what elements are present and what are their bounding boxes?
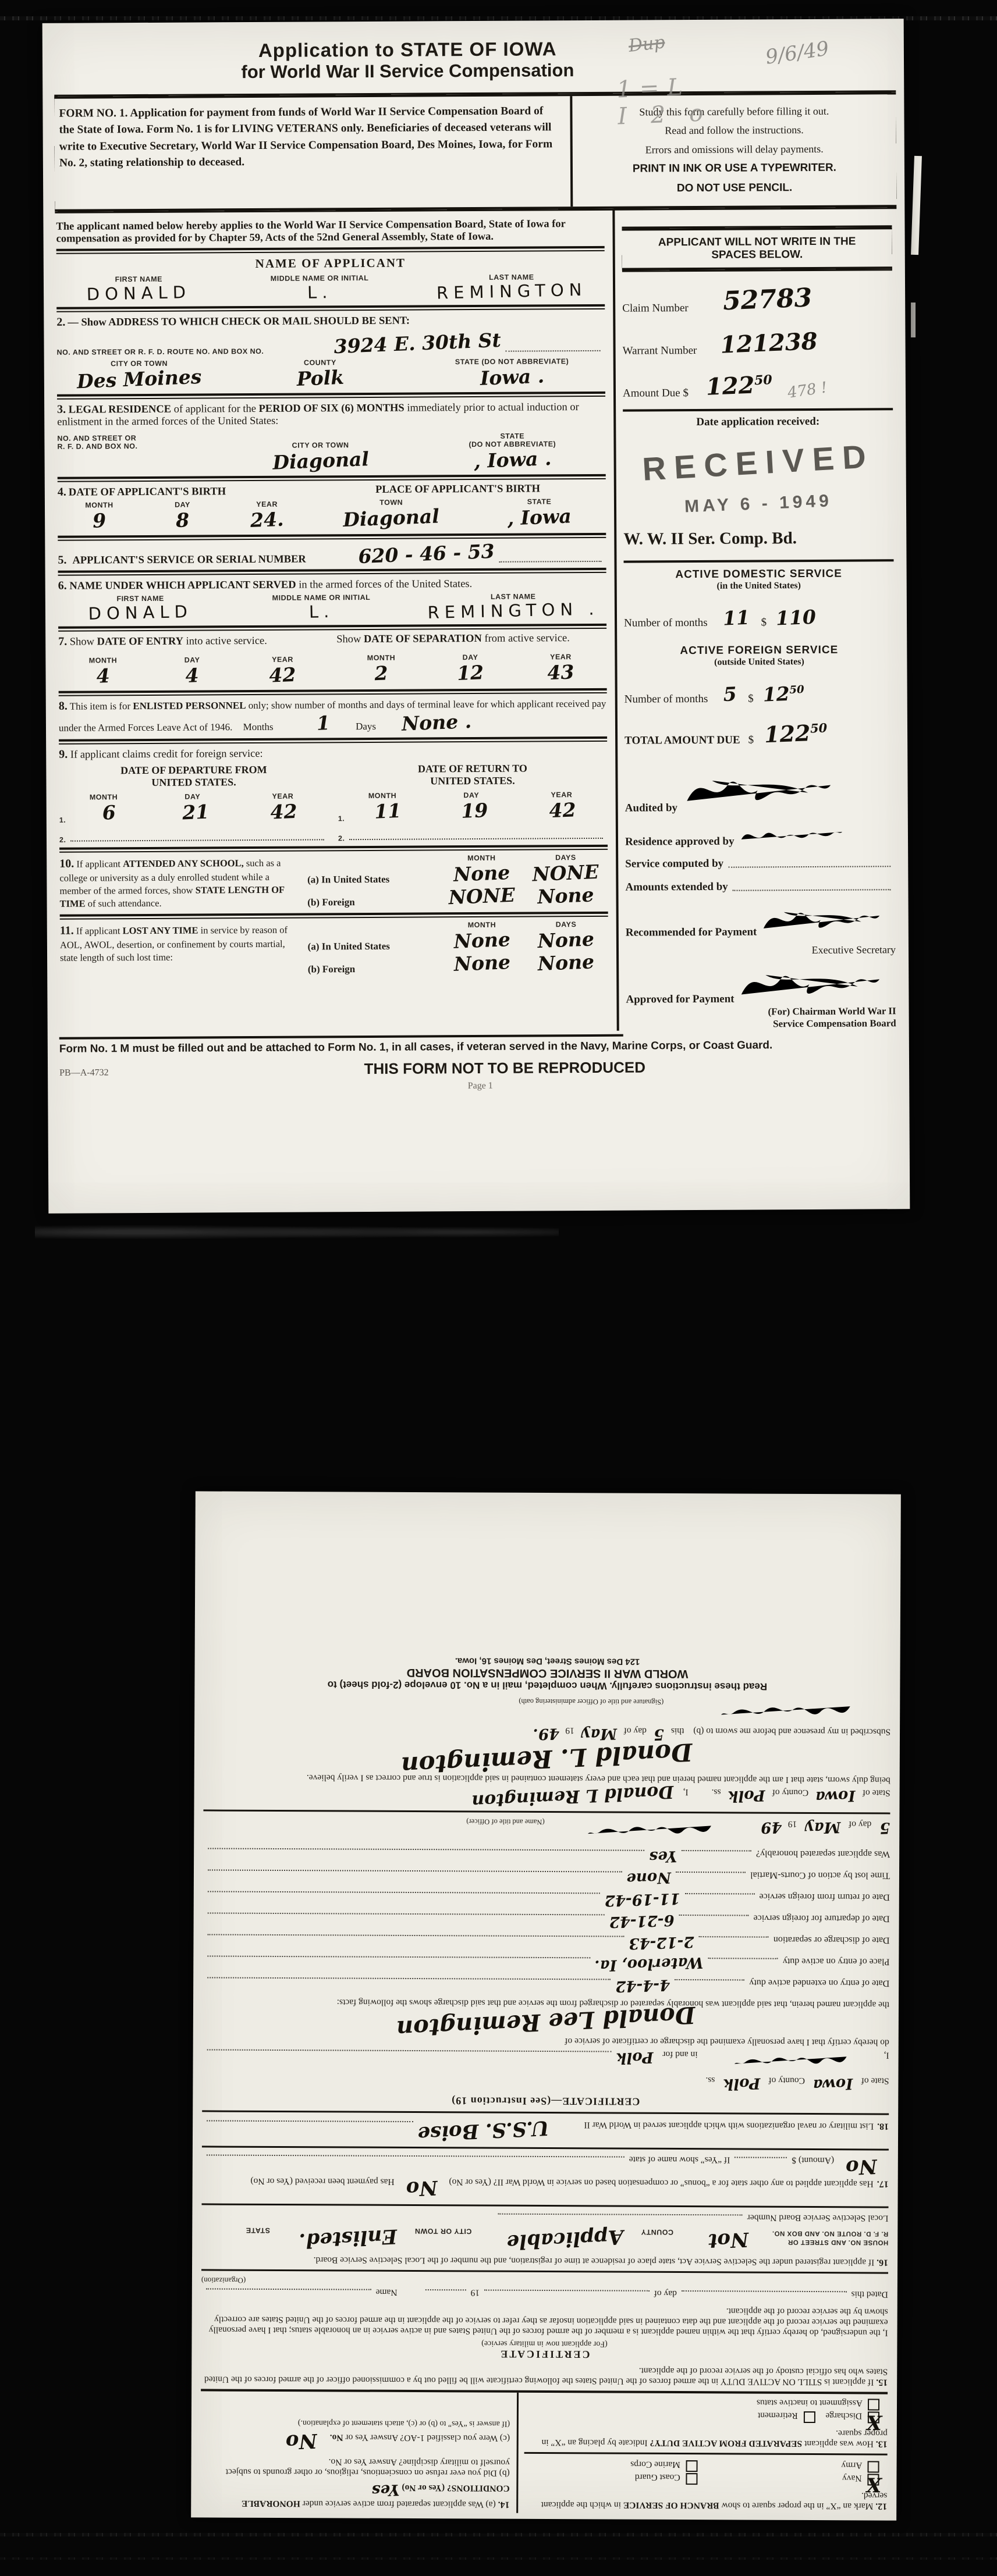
received-stamp: RECEIVED — [622, 436, 894, 489]
board-number-label: Local Selective Service Board Number — [747, 2212, 889, 2223]
item-10-text-1: If applicant — [76, 858, 120, 869]
pencil-scribble-dup: Dup — [627, 32, 666, 56]
domestic-dollar-sign: $ — [761, 616, 767, 629]
army-label: Army — [841, 2460, 862, 2470]
item-12-text-1: Mark an “X” in the proper square to show — [721, 2500, 873, 2511]
c19-officer-signature-2 — [554, 1817, 746, 1844]
fact-discharge-date: Date of discharge or separation 2-12-43 — [203, 1931, 889, 1952]
ret-day-value: 19 — [431, 798, 518, 824]
dep-row-2: 2. — [59, 835, 66, 844]
item-12-bold-2: SERVICE — [623, 2500, 663, 2510]
item-7-entry-separation: 7. Show DATE OF ENTRY into active servic… — [58, 632, 606, 687]
recommended-label: Recommended for Payment — [626, 926, 757, 939]
retirement-checkbox — [804, 2411, 815, 2423]
item-14c-answer: No — [285, 2429, 318, 2454]
domestic-amount-value: 110 — [775, 605, 816, 629]
discharge-label: Discharge — [825, 2411, 862, 2421]
item-4-birth: 4. DATE OF APPLICANT'S BIRTH MONTH DAY Y… — [58, 482, 606, 532]
item-2-address: 2. — Show ADDRESS TO WHICH CHECK OR MAIL… — [56, 312, 605, 390]
item-5-number: 5. — [58, 553, 66, 567]
state-value: Iowa . — [418, 362, 606, 392]
c19-year-value: 49 — [761, 1818, 782, 1836]
serial-number-value: 620 - 46 - 53 — [358, 539, 495, 567]
birth-town-value: Diagonal — [310, 503, 473, 532]
item-17-state-label: If “Yes” show name of state — [629, 2154, 730, 2165]
item-2-number: 2. — [56, 315, 65, 328]
foreign-months-row: Number of months 5 $ 1250 — [625, 682, 895, 706]
ss-value-enlisted: Enlisted. — [299, 2225, 398, 2253]
items-12-14-row: 12. Mark an “X” in the proper square to … — [200, 2389, 888, 2514]
entry-lead-1: Show — [70, 636, 94, 647]
approved-label: Approved for Payment — [626, 992, 734, 1006]
dep-month-value: 6 — [65, 799, 152, 826]
lost-foreign-month: None — [439, 950, 524, 976]
house-street-label: HOUSE NO. AND STREET ORR. F. D. ROUTE NO… — [772, 2229, 888, 2247]
item-16-selective-service: 16. If applicant registered under the Se… — [201, 2209, 888, 2267]
served-middle-value: L. — [222, 599, 420, 624]
lost-foreign-days: None — [524, 949, 609, 976]
applicant-will-not-write-box: APPLICANT WILL NOT WRITE IN THE SPACES B… — [622, 227, 892, 270]
intro-paragraph: The applicant named below hereby applies… — [56, 218, 604, 245]
sep-year-value: 43 — [515, 659, 607, 685]
item-18-number: 18. — [877, 2120, 889, 2131]
c19-county-label: County of — [768, 2075, 805, 2086]
page-number: Page 1 — [59, 1079, 901, 1094]
scan-edge-sliver-2 — [911, 303, 916, 337]
item-16-lead: If applicant registered under the Select… — [314, 2255, 875, 2267]
served-last-value: REMINGTON . — [420, 599, 606, 622]
item-8-number: 8. — [59, 699, 68, 712]
fact-time-lost: Time lost by action of Courts-Martial No… — [203, 1867, 890, 1887]
item-11-text-1: If applicant — [76, 925, 120, 936]
form-number-box: FORM NO. 1. Application for payment from… — [54, 96, 573, 209]
claim-number-value: 52783 — [723, 283, 813, 316]
item-13-separation: 13. How was applicant SEPARATED FROM ACT… — [524, 2396, 888, 2449]
birth-state-value: , Iowa — [472, 503, 606, 531]
foreign-service-subheading: (outside United States) — [624, 656, 894, 668]
first-name-value: DONALD — [56, 281, 221, 304]
scan-noise-band-bottom2 — [0, 2557, 997, 2560]
item-6-mid-2: States. — [443, 578, 472, 590]
chairman-caption: (For) Chairman World War IIService Compe… — [626, 1005, 896, 1031]
item-1-heading: NAME OF APPLICANT — [56, 254, 605, 272]
certificate-19-heading: CERTIFICATE—(See Instruction 19) — [202, 2093, 889, 2108]
form-number-label: FORM NO. 1. — [59, 107, 127, 120]
page-title: Application to STATE OF IOWA — [105, 37, 711, 62]
domestic-months-row: Number of months 11 $ 110 — [624, 606, 894, 629]
foreign-amount-value: 1250 — [762, 681, 805, 706]
item-14a-answer: Yes — [372, 2481, 400, 2499]
oath-county-label: County of — [772, 1787, 809, 1798]
oath-officer-signature — [681, 1698, 890, 1725]
c19-county-value: Polk — [723, 2074, 761, 2093]
street-value: 3924 E. 30th St — [333, 328, 502, 357]
wnw-line-1: APPLICANT WILL NOT WRITE IN THE — [623, 235, 891, 249]
ss-value-applicable: Applicable — [506, 2225, 624, 2254]
sep-lead-2: from active service. — [484, 632, 569, 645]
birth-year-value: 24. — [223, 506, 310, 532]
oath-subscribed-text: Subscribed in my presence and before me … — [693, 1725, 890, 1737]
school-us-month: None — [439, 860, 524, 887]
study-line-3: Errors and omissions will delay payments… — [581, 139, 888, 159]
applicant-items-column: The applicant named below hereby applies… — [55, 208, 616, 1033]
service-computed-row: Service computed by — [625, 856, 895, 870]
county-value: Polk — [221, 362, 419, 393]
dep-day-value: 21 — [152, 799, 239, 825]
oath-this: this — [671, 1725, 684, 1736]
fact-return-date-value: 11-19-42 — [604, 1890, 680, 1909]
item-13-bold: SEPARATED FROM ACTIVE DUTY? — [650, 2438, 802, 2449]
oath-state-value: Iowa — [815, 1787, 856, 1805]
total-amount-row: TOTAL AMOUNT DUE $ 12250 — [625, 720, 895, 747]
school-us-days: NONE — [523, 860, 608, 886]
wnw-line-2: SPACES BELOW. — [623, 248, 891, 262]
days-label: Days — [356, 720, 376, 731]
scan-noise-band-bottom1 — [0, 2533, 997, 2536]
fact-departure-date: Date of departure for foreign service 6-… — [203, 1910, 890, 1930]
total-amount-value: 12250 — [764, 719, 828, 748]
item-8-terminal-leave: 8. This item is for ENLISTED PERSONNEL o… — [59, 696, 607, 735]
domestic-service-subheading: (in the United States) — [624, 580, 894, 592]
lost-us-label: (a) In United States — [308, 940, 440, 952]
item-17-q1: Has applicant applied to any other state… — [449, 2176, 873, 2189]
c19-officer-signature-scribble — [703, 2049, 878, 2073]
total-dollar-sign: $ — [748, 734, 754, 746]
domestic-service-heading: ACTIVE DOMESTIC SERVICE — [624, 567, 894, 581]
sep-lead-bold: DATE OF SEPARATION — [364, 632, 482, 645]
oath-day-value: 5 — [653, 1725, 664, 1744]
item-3-bold-1: LEGAL RESIDENCE — [69, 403, 171, 415]
item-9-lead: If applicant claims credit for foreign s… — [70, 748, 263, 760]
served-first-value: DONALD — [58, 600, 223, 624]
form-box-text-living-veterans: LIVING VETERANS — [232, 122, 338, 135]
c19-state-value: Iowa — [812, 2075, 853, 2093]
amount-due-label: Amount Due $ — [623, 387, 689, 400]
foreign-months-label: Number of months — [625, 692, 708, 706]
foreign-dollar-sign: $ — [748, 692, 754, 705]
form-print-code: PB—A-4732 — [59, 1068, 109, 1078]
army-checkbox — [868, 2461, 879, 2472]
item-5-serial-number: 5. APPLICANT'S SERVICE OR SERIAL NUMBER … — [58, 541, 606, 567]
ret-row-2: 2. — [338, 834, 345, 842]
item-8-bold: ENLISTED PERSONNEL — [133, 700, 246, 711]
c19-month-value: May — [805, 1818, 841, 1837]
fact-honorable-value: Yes — [649, 1847, 677, 1865]
item-14c-no: No. — [330, 2432, 343, 2442]
item-17-other-state-bonus: 17. Has applicant applied to any other s… — [202, 2152, 889, 2201]
warrant-number-value: 121238 — [719, 328, 818, 359]
entry-lead-bold: DATE OF ENTRY — [97, 635, 183, 647]
item-17-answer-2: No — [845, 2154, 878, 2179]
item-13-number: 13. — [876, 2439, 888, 2449]
service-computed-label: Service computed by — [625, 857, 723, 870]
residence-approved-row: Residence approved by — [625, 821, 895, 848]
audited-by-row: Audited by — [625, 761, 895, 814]
oath-month-value: May — [581, 1724, 617, 1743]
amounts-extended-label: Amounts extended by — [625, 880, 728, 894]
item-1-name-of-applicant: NAME OF APPLICANT FIRST NAME MIDDLE NAME… — [56, 254, 605, 303]
item-7-number: 7. — [58, 635, 67, 647]
item-15-active-duty-cert: 15. If applicant is STILL ON ACTIVE DUTY… — [201, 2275, 888, 2387]
item-17-answer-1: No — [406, 2176, 438, 2201]
oath-ss: ss. — [712, 1787, 721, 1797]
item-11-lost-time: 11. If applicant LOST ANY TIME in servic… — [60, 920, 608, 976]
item-6-number: 6. — [58, 579, 67, 592]
entry-lead-2: into active service. — [186, 635, 267, 647]
ret-row-1: 1. — [338, 814, 345, 823]
item-14b-text: (b) Did you ever refuse on conscientious… — [200, 2456, 509, 2478]
return-heading: DATE OF RETURN TOUNITED STATES. — [338, 762, 607, 788]
scan-background: Application to STATE OF IOWA for World W… — [0, 0, 997, 2576]
scan-noise-blotch-mid — [35, 1219, 559, 1246]
fact-entry-date-value: 4-4-42 — [615, 1976, 670, 1995]
total-amount-label: TOTAL AMOUNT DUE — [625, 734, 740, 747]
school-us-label: (a) In United States — [307, 873, 439, 885]
item-12-number: 12. — [875, 2501, 887, 2511]
residence-street-label: NO. AND STREET ORR. F. D. AND BOX NO. — [57, 433, 222, 450]
oath-day-of: day of — [624, 1725, 647, 1736]
sep-lead-1: Show — [336, 634, 361, 645]
coast-guard-label: Coast Guard — [635, 2472, 680, 2482]
ss-value-not: Not — [708, 2228, 749, 2253]
departure-heading: DATE OF DEPARTURE FROMUNITED STATES. — [59, 763, 328, 790]
domestic-months-label: Number of months — [624, 616, 708, 629]
dated-this-label: Dated this — [851, 2289, 888, 2299]
approved-signature — [736, 958, 882, 1005]
residence-approved-signature — [739, 821, 843, 848]
oath-body: being duly sworn, state that I am the ap… — [204, 1771, 890, 1785]
item-12-branch: 12. Mark an “X” in the proper square to … — [524, 2458, 888, 2511]
oath-county-value: Polk — [728, 1787, 765, 1805]
study-line-4: PRINT IN INK OR USE A TYPEWRITER. — [581, 158, 888, 179]
domestic-months-value: 11 — [722, 606, 750, 629]
school-foreign-days: None — [523, 883, 608, 909]
residence-state-value: , Iowa . — [419, 444, 606, 475]
residence-approved-label: Residence approved by — [625, 835, 735, 848]
item-12-bold-1: BRANCH OF — [665, 2500, 719, 2510]
navy-checkbox-checked: X — [867, 2474, 879, 2485]
oath-year-value: 49. — [533, 1724, 560, 1742]
date-received-label: Date application received: — [623, 415, 893, 429]
entry-month-value: 4 — [58, 663, 148, 689]
navy-label: Navy — [842, 2473, 862, 2483]
lost-foreign-label: (b) Foreign — [308, 963, 440, 975]
day-of-label: day of — [654, 2288, 677, 2299]
coast-guard-checkbox — [686, 2473, 698, 2485]
entry-year-value: 42 — [236, 661, 329, 688]
item-16-number: 16. — [877, 2257, 888, 2267]
item-11-bold: LOST ANY TIME — [123, 924, 198, 936]
footer-note: Form No. 1 M must be filled out and be a… — [59, 1038, 901, 1056]
audited-by-label: Audited by — [625, 802, 677, 814]
birth-day-value: 8 — [140, 507, 224, 533]
street-label: NO. AND STREET OR R. F. D. ROUTE NO. AND… — [57, 347, 264, 356]
amount-pencil-scribble: 478 ! — [786, 379, 828, 402]
c19-state-label: State of — [861, 2075, 889, 2086]
fact-return-date: Date of return from foreign service 11-1… — [203, 1888, 890, 1909]
warrant-number-row: Warrant Number 121238 — [622, 329, 892, 357]
item-6-bold: NAME UNDER WHICH APPLICANT SERVED — [69, 579, 296, 592]
birth-date-heading: DATE OF APPLICANT'S BIRTH — [69, 486, 226, 498]
item-18-organizations: 18. List military or naval organizations… — [202, 2118, 889, 2144]
c19-ss: ss. — [705, 2075, 715, 2085]
c19-in-and-for: in and for — [662, 2049, 697, 2059]
item-14a-text: (a) Was applicant separated from active … — [303, 2499, 496, 2509]
item-11-number: 11. — [60, 924, 74, 937]
ww2-board-abbrev: W. W. II Ser. Comp. Bd. — [623, 528, 893, 549]
amount-due-value: 12250 — [705, 371, 773, 401]
item-14-note: (If answer is “Yes” to (b) or (c), attac… — [201, 2417, 510, 2428]
fact-entry-place: Place of entry on active duty Waterloo, … — [203, 1953, 889, 1973]
item-15-lead: If applicant is STILL ON ACTIVE DUTY in … — [204, 2366, 888, 2388]
ss-county-label: COUNTY — [641, 2228, 673, 2236]
oath-i-label: I, — [683, 1787, 689, 1797]
c19-county-2: Polk — [616, 2048, 654, 2067]
item-10-school: 10. If applicant ATTENDED ANY SCHOOL, su… — [59, 853, 608, 911]
office-use-column: APPLICANT WILL NOT WRITE IN THE SPACES B… — [612, 207, 900, 1031]
fact-entry-date: Date of entry on extended active duty 4-… — [203, 1974, 889, 1995]
recommended-signature — [759, 897, 881, 938]
birth-place-heading: PLACE OF APPLICANT'S BIRTH — [310, 482, 606, 496]
pencil-scribble-date: 9/6/49 — [764, 37, 830, 69]
item-6-mid: in the armed forces of the United — [299, 578, 441, 590]
months-label: Months — [243, 721, 274, 732]
birth-month-value: 9 — [57, 507, 141, 533]
ret-year-value: 42 — [517, 797, 608, 823]
scan-edge-sliver — [911, 156, 922, 255]
school-foreign-label: (b) Foreign — [307, 896, 439, 908]
item-3-legal-residence: 3. LEGAL RESIDENCE of applicant for the … — [57, 400, 606, 473]
item-14-honorable: 14. (a) Was applicant separated from act… — [200, 2391, 517, 2513]
item-4-number: 4. — [58, 485, 66, 498]
item-17-number: 17. — [877, 2178, 889, 2189]
lost-us-days: None — [524, 927, 609, 953]
discharge-checkbox-checked: X — [868, 2411, 879, 2423]
not-to-be-reproduced: THIS FORM NOT TO BE REPRODUCED — [108, 1057, 901, 1079]
inactive-status-checkbox — [868, 2399, 879, 2410]
item-3-number: 3. — [57, 403, 66, 415]
amounts-extended-row: Amounts extended by — [625, 880, 895, 894]
oath-section: State of Iowa County of Polk ss. I, Dona… — [204, 1695, 891, 1808]
item-6-name-served: 6. NAME UNDER WHICH APPLICANT SERVED in … — [58, 576, 606, 622]
item-10-number: 10. — [59, 857, 74, 870]
oath-19: 19 — [565, 1725, 574, 1735]
form-page-1: Application to STATE OF IOWA for World W… — [42, 19, 910, 1214]
sep-month-value: 2 — [336, 660, 427, 686]
received-stamp-date: MAY 6 - 1949 — [623, 489, 894, 520]
fact-discharge-date-value: 2-12-43 — [629, 1933, 694, 1952]
c19-day-of: day of — [849, 1819, 871, 1829]
claim-number-row: Claim Number 52783 — [622, 284, 892, 315]
recommended-row: Recommended for Payment — [626, 897, 896, 939]
lost-us-month: None — [439, 927, 524, 953]
study-line-5: DO NOT USE PENCIL. — [581, 178, 888, 200]
item-3-mid-1: of applicant for the — [174, 403, 256, 415]
item-14-number: 14. — [498, 2500, 510, 2510]
dep-year-value: 42 — [239, 798, 329, 824]
item-10-text-3: of such attendance. — [88, 898, 162, 909]
item-2-lead: — Show ADDRESS TO WHICH CHECK OR MAIL SH… — [68, 315, 410, 328]
item-17-amount-label: (Amount) $ — [792, 2155, 834, 2165]
warrant-number-label: Warrant Number — [623, 344, 697, 358]
fact-honorable: Was applicant separated honorably? Yes — [203, 1845, 890, 1866]
page1-header: Application to STATE OF IOWA for World W… — [105, 37, 711, 83]
dep-row-1: 1. — [59, 816, 66, 824]
days-value: None . — [401, 710, 472, 735]
marine-corps-label: Marine Corps — [630, 2460, 680, 2470]
item-10-bold-1: ATTENDED ANY SCHOOL, — [123, 858, 244, 869]
mailing-footer: Read these instructions carefully. When … — [204, 1655, 890, 1692]
residence-city-value: Diagonal — [222, 445, 420, 476]
certificate-body: I, the undersigned, do hereby certify th… — [201, 2303, 888, 2337]
item-17-q2: Has payment been received (Yes or No) — [250, 2176, 394, 2187]
pencil-scribble-code: 1=L I 2 o — [616, 73, 712, 130]
item-3-bold-2: PERIOD OF SIX (6) MONTHS — [259, 402, 405, 414]
school-foreign-month: NONE — [439, 883, 524, 909]
fact-time-lost-value: None — [626, 1869, 671, 1887]
ret-month-value: 11 — [344, 798, 431, 824]
middle-initial-value: L. — [221, 280, 418, 304]
oath-officer-caption: (Signature and title of Officer administ… — [519, 1697, 664, 1706]
c19-i-label: I, — [884, 2050, 889, 2061]
audited-signature-scribble — [682, 761, 833, 814]
c19-day-value: 5 — [879, 1819, 890, 1837]
serial-number-label: APPLICANT'S SERVICE OR SERIAL NUMBER — [72, 553, 306, 567]
item-13-text-1: How was applicant — [804, 2439, 874, 2449]
item-8-text-1: This item is for — [70, 700, 130, 712]
item-14c-text: (c) Were you classified 1-AO? Answer Yes… — [345, 2433, 510, 2443]
ss-city-label: CITY OR TOWN — [414, 2227, 471, 2235]
sep-day-value: 12 — [425, 660, 516, 686]
approved-row: Approved for Payment — [626, 958, 896, 1006]
entry-day-value: 4 — [147, 662, 237, 688]
foreign-months-value: 5 — [722, 682, 737, 706]
claim-number-label: Claim Number — [622, 302, 689, 315]
foreign-service-heading: ACTIVE FOREIGN SERVICE — [624, 643, 894, 657]
executive-secretary-label: Executive Secretary — [626, 944, 896, 957]
form-page-2-upside-down: 12. Mark an “X” in the proper square to … — [191, 1491, 901, 2520]
certificate-19: CERTIFICATE—(See Instruction 19) State o… — [202, 1816, 890, 2108]
inactive-status-label: Assignment to inactive status — [757, 2398, 863, 2408]
last-name-value: REMINGTON — [418, 279, 605, 303]
c19-body-1: do hereby certify that I have personally… — [565, 2036, 889, 2047]
months-value: 1 — [316, 711, 331, 734]
c19-19: 19 — [788, 1819, 797, 1829]
fact-departure-date-value: 6-21-42 — [609, 1911, 675, 1930]
city-value: Des Moines — [56, 364, 222, 393]
oath-applicant-name: Donald L Remington — [471, 1781, 675, 1812]
ss-state-label: STATE — [246, 2226, 270, 2235]
item-9-number: 9. — [59, 748, 68, 760]
name-label: Name — [375, 2287, 397, 2297]
item-18-lead: List military or naval organizations wit… — [584, 2119, 874, 2131]
instruction-boxes: FORM NO. 1. Application for payment from… — [54, 92, 896, 211]
retirement-label: Retirement — [758, 2411, 798, 2421]
item-15-number: 15. — [876, 2377, 888, 2387]
oath-state-label: State of — [863, 1787, 890, 1798]
marine-corps-checkbox — [686, 2460, 698, 2472]
amount-due-row: Amount Due $ 12250 478 ! — [623, 371, 893, 400]
item-9-foreign-service: 9. If applicant claims credit for foreig… — [59, 745, 608, 844]
fact-entry-place-value: Waterloo, Ia. — [595, 1954, 704, 1974]
item-18-value: U.S.S. Boise — [417, 2116, 549, 2146]
c19-officer-caption: (Name and title of Officer) — [466, 1817, 545, 1826]
year-19-label: 19 — [471, 2287, 480, 2297]
